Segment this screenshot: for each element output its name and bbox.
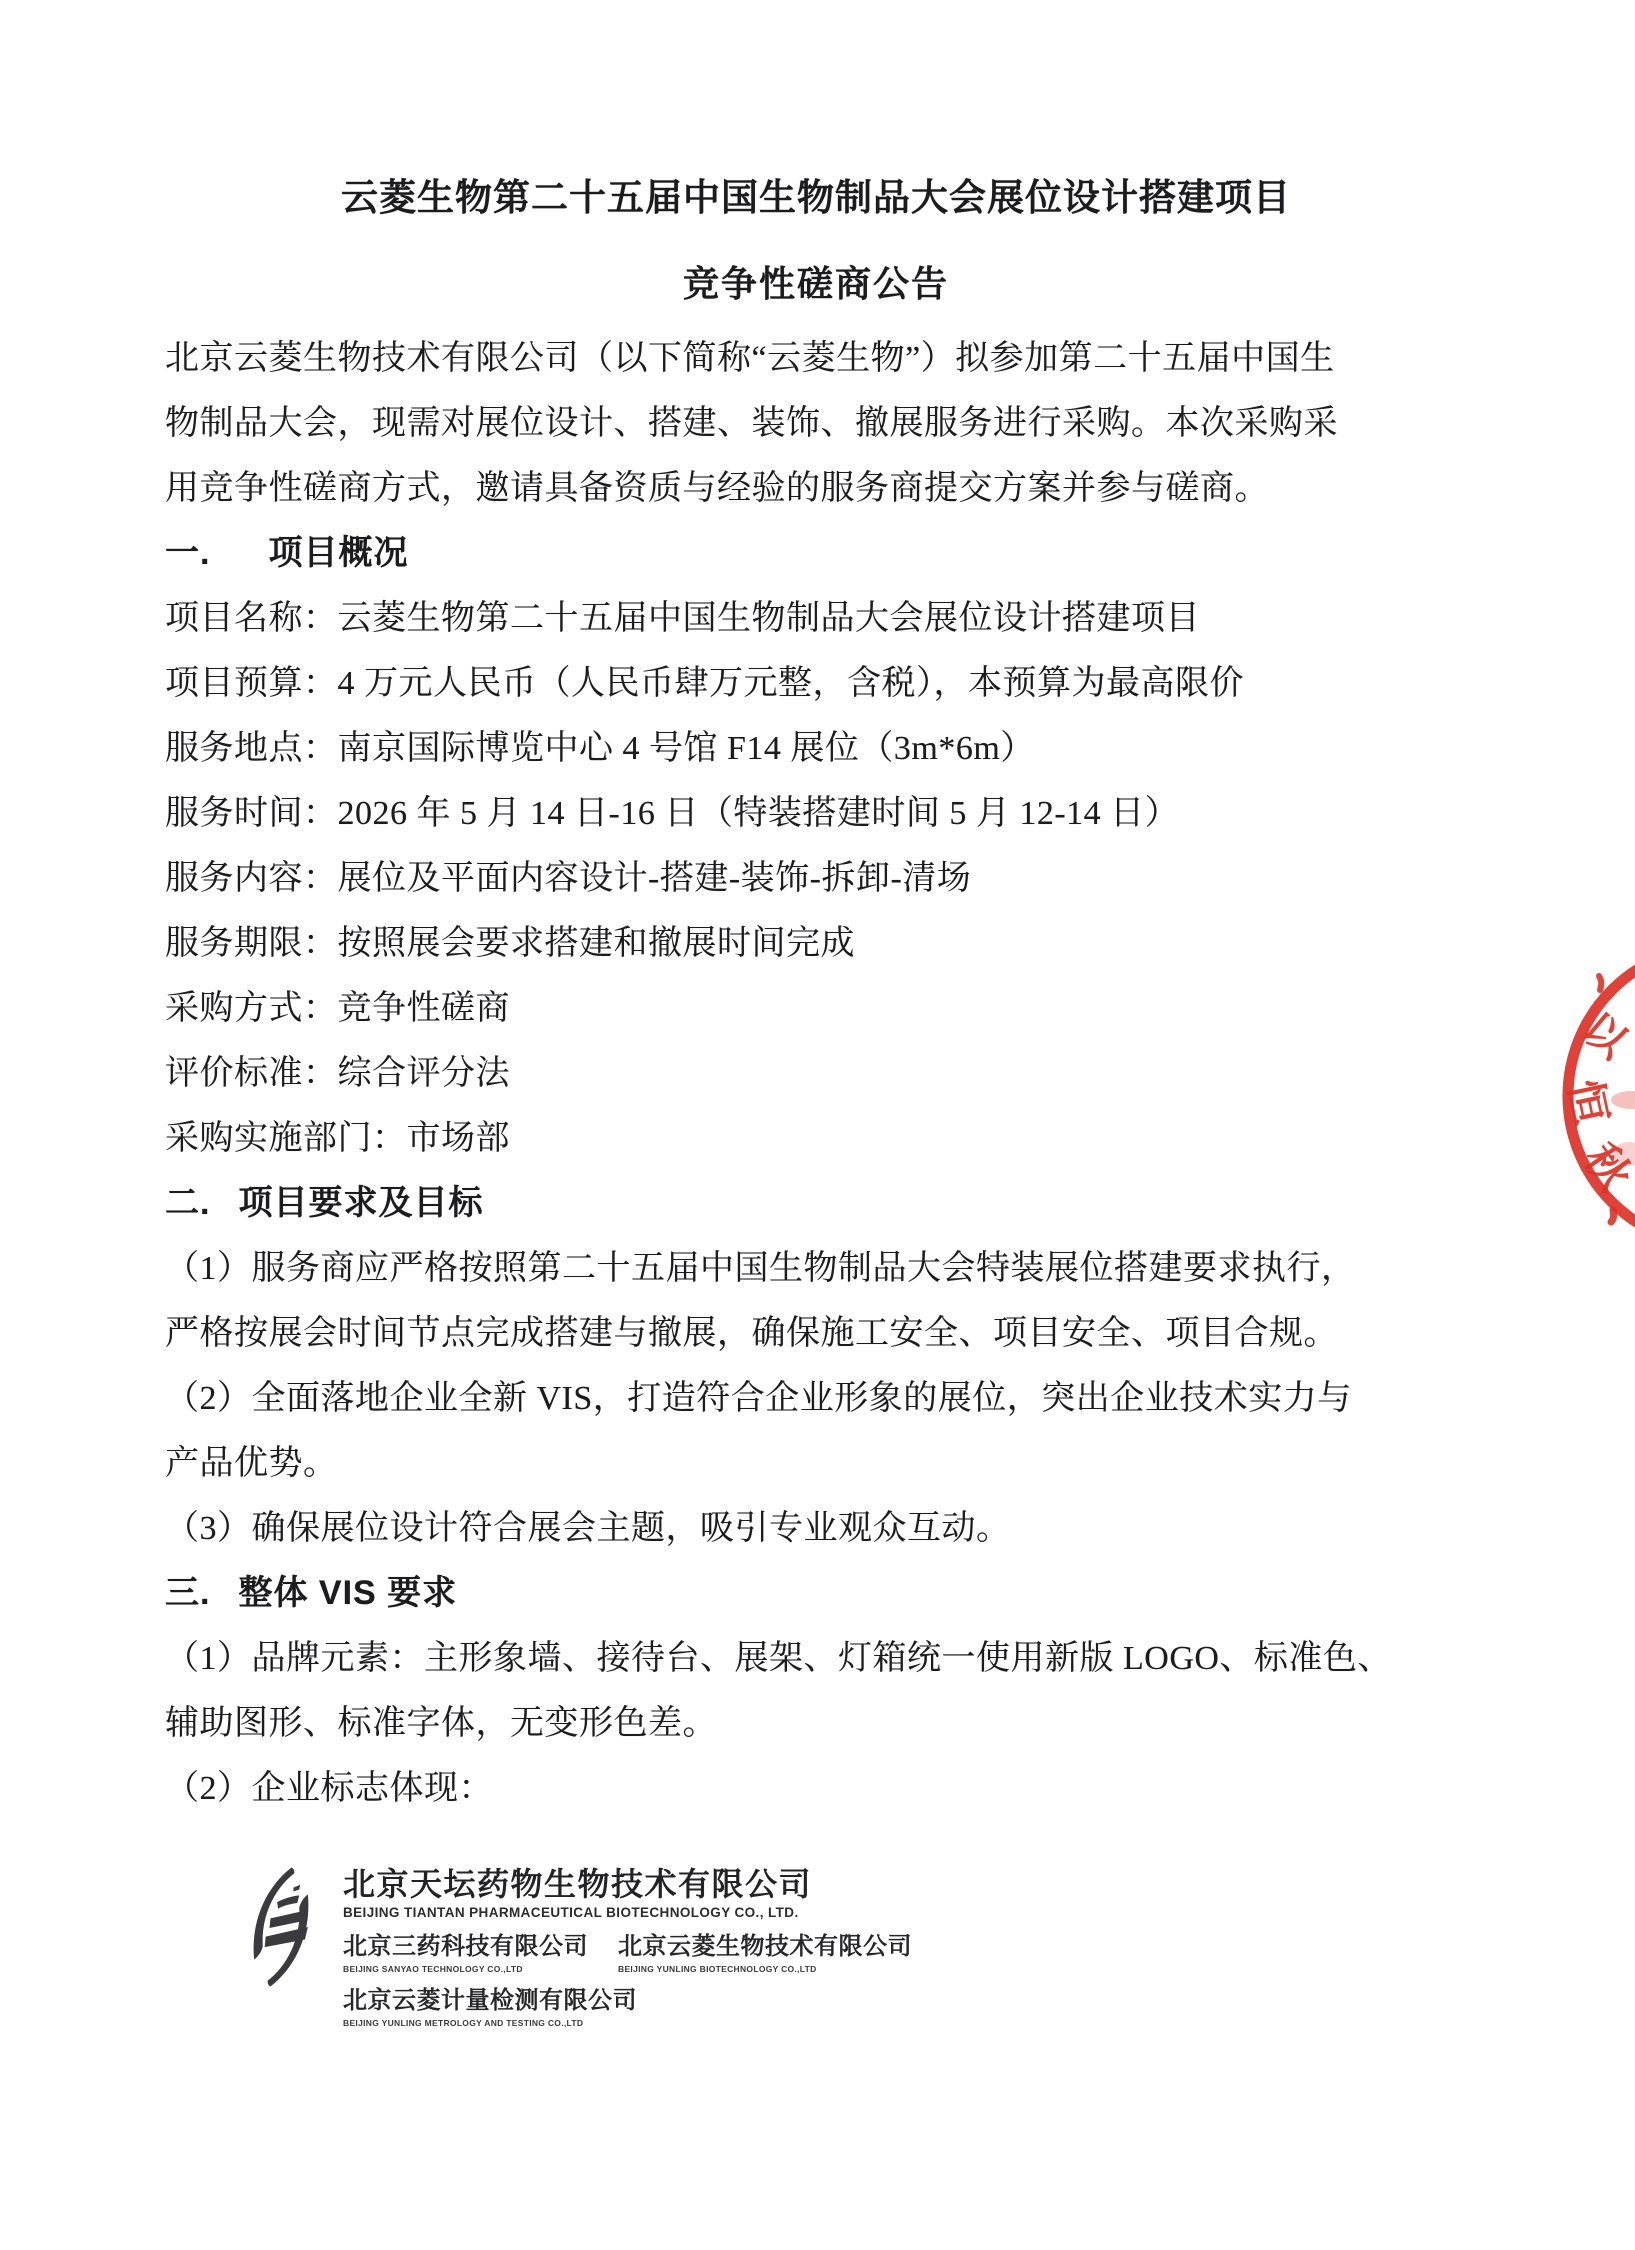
evaluation-standard-line: 评价标准：综合评分法: [165, 1041, 1467, 1106]
project-budget-line: 项目预算：4 万元人民币（人民币肆万元整，含税），本预算为最高限价: [165, 651, 1467, 716]
subsidiary-row: 北京三药科技有限公司 BEIJING SANYAO TECHNOLOGY CO.…: [343, 1932, 912, 1974]
requirement-line: （2）全面落地企业全新 VIS，打造符合企业形象的展位，突出企业技术实力与: [165, 1366, 1467, 1431]
section-2-number: 二.: [165, 1171, 210, 1236]
document-content: 云菱生物第二十五届中国生物制品大会展位设计搭建项目 竞争性磋商公告 北京云菱生物…: [165, 176, 1467, 2028]
subsidiary-2-name-en: BEIJING YUNLING BIOTECHNOLOGY CO.,LTD: [618, 1964, 912, 1974]
subsidiary-3-name-en: BEIJING YUNLING METROLOGY AND TESTING CO…: [343, 2018, 912, 2028]
section-3-body: （1）品牌元素：主形象墙、接待台、展架、灯箱统一使用新版 LOGO、标准色、 辅…: [165, 1626, 1467, 1821]
section-3-title: 整体 VIS 要求: [238, 1574, 457, 1612]
subsidiary-1: 北京三药科技有限公司 BEIJING SANYAO TECHNOLOGY CO.…: [343, 1932, 588, 1974]
subsidiary-1-name-en: BEIJING SANYAO TECHNOLOGY CO.,LTD: [343, 1964, 588, 1974]
section-1-heading: 一.项目概况: [165, 521, 1467, 586]
section-2-heading: 二.项目要求及目标: [165, 1171, 1467, 1236]
section-1-number: 一.: [165, 521, 210, 586]
red-official-stamp: 以 恒 秋: [1513, 948, 1635, 1248]
stamp-glyph: 恒: [1559, 1076, 1616, 1129]
company-names: 北京天坛药物生物技术有限公司 BEIJING TIANTAN PHARMACEU…: [343, 1865, 912, 2028]
project-name-line: 项目名称：云菱生物第二十五届中国生物制品大会展位设计搭建项目: [165, 586, 1467, 651]
document-subtitle: 竞争性磋商公告: [165, 262, 1467, 306]
subsidiary-3: 北京云菱计量检测有限公司 BEIJING YUNLING METROLOGY A…: [343, 1986, 912, 2028]
document-page: 云菱生物第二十五届中国生物制品大会展位设计搭建项目 竞争性磋商公告 北京云菱生物…: [0, 0, 1635, 2250]
section-1-title: 项目概况: [268, 534, 408, 572]
intro-paragraph: 北京云菱生物技术有限公司（以下简称“云菱生物”）拟参加第二十五届中国生 物制品大…: [165, 326, 1467, 521]
main-company-name-en: BEIJING TIANTAN PHARMACEUTICAL BIOTECHNO…: [343, 1905, 912, 1920]
subsidiary-3-name-cn: 北京云菱计量检测有限公司: [343, 1986, 912, 2016]
requirement-line: （3）确保展位设计符合展会主题，吸引专业观众互动。: [165, 1496, 1467, 1561]
section-3-number: 三.: [165, 1561, 210, 1626]
vis-line: （1）品牌元素：主形象墙、接待台、展架、灯箱统一使用新版 LOGO、标准色、: [165, 1626, 1467, 1691]
intro-line: 用竞争性磋商方式，邀请具备资质与经验的服务商提交方案并参与磋商。: [165, 456, 1467, 521]
subsidiary-2-name-cn: 北京云菱生物技术有限公司: [618, 1932, 912, 1962]
company-logo-block: 北京天坛药物生物技术有限公司 BEIJING TIANTAN PHARMACEU…: [233, 1865, 1467, 2028]
service-content-line: 服务内容：展位及平面内容设计-搭建-装饰-拆卸-清场: [165, 846, 1467, 911]
intro-line: 物制品大会，现需对展位设计、搭建、装饰、撤展服务进行采购。本次采购采: [165, 391, 1467, 456]
subsidiary-2: 北京云菱生物技术有限公司 BEIJING YUNLING BIOTECHNOLO…: [618, 1932, 912, 1974]
stamp-glyph: 秋: [1574, 1135, 1635, 1199]
procurement-department-line: 采购实施部门：市场部: [165, 1106, 1467, 1171]
procurement-method-line: 采购方式：竞争性磋商: [165, 976, 1467, 1041]
requirement-line: 严格按展会时间节点完成搭建与撤展，确保施工安全、项目安全、项目合规。: [165, 1301, 1467, 1366]
vis-line: （2）企业标志体现：: [165, 1756, 1467, 1821]
section-2-title: 项目要求及目标: [238, 1184, 483, 1222]
section-2-body: （1）服务商应严格按照第二十五届中国生物制品大会特装展位搭建要求执行， 严格按展…: [165, 1236, 1467, 1561]
section-1-body: 项目名称：云菱生物第二十五届中国生物制品大会展位设计搭建项目 项目预算：4 万元…: [165, 586, 1467, 1171]
requirement-line: （1）服务商应严格按照第二十五届中国生物制品大会特装展位搭建要求执行，: [165, 1236, 1467, 1301]
flame-logo-icon: [233, 1865, 329, 1994]
document-title: 云菱生物第二十五届中国生物制品大会展位设计搭建项目: [165, 176, 1467, 220]
stamp-glyph: 以: [1574, 1004, 1635, 1068]
vis-line: 辅助图形、标准字体，无变形色差。: [165, 1691, 1467, 1756]
service-time-line: 服务时间：2026 年 5 月 14 日-16 日（特装搭建时间 5 月 12-…: [165, 781, 1467, 846]
subsidiary-1-name-cn: 北京三药科技有限公司: [343, 1932, 588, 1962]
requirement-line: 产品优势。: [165, 1431, 1467, 1496]
main-company-name-cn: 北京天坛药物生物技术有限公司: [343, 1865, 912, 1903]
section-3-heading: 三.整体 VIS 要求: [165, 1561, 1467, 1626]
service-term-line: 服务期限：按照展会要求搭建和撤展时间完成: [165, 911, 1467, 976]
intro-line: 北京云菱生物技术有限公司（以下简称“云菱生物”）拟参加第二十五届中国生: [165, 326, 1467, 391]
service-location-line: 服务地点：南京国际博览中心 4 号馆 F14 展位（3m*6m）: [165, 716, 1467, 781]
